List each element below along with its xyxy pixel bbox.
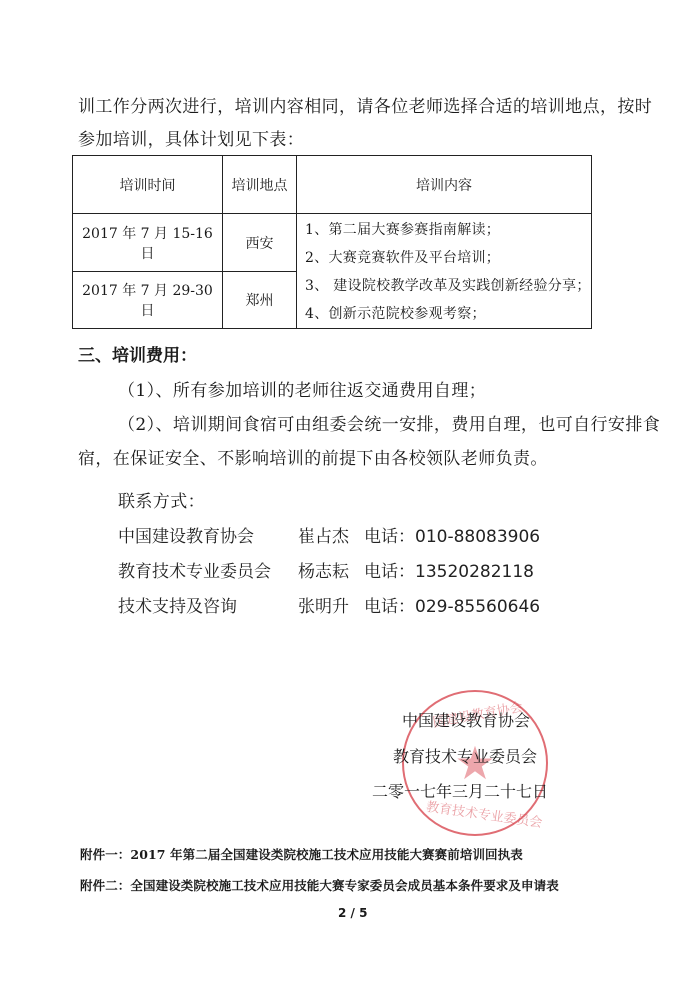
table-header-time: 培训时间 (73, 156, 222, 213)
fee-item-2-line-2: 宿，在保证安全、不影响培训的前提下由各校领队老师负责。 (78, 444, 548, 469)
attachment-1: 附件一：2017 年第二届全国建设类院校施工技术应用技能大赛赛前培训回执表 (80, 845, 523, 863)
contact-phone: 电话：13520282118 (364, 557, 534, 582)
signature-org-1: 中国建设教育协会 (402, 708, 530, 731)
intro-line-2: 参加培训，具体计划见下表： (78, 125, 304, 150)
contact-person: 张明升 (298, 592, 349, 617)
table-cell-content: 1、第二届大赛参赛指南解读； 2、大赛竞赛软件及平台培训； 3、 建设院校教学改… (305, 216, 591, 328)
content-item: 1、第二届大赛参赛指南解读； (305, 216, 591, 244)
content-item: 4、创新示范院校参观考察； (305, 300, 591, 328)
fee-item-1: （1）、所有参加培训的老师往返交通费用自理； (118, 376, 486, 401)
intro-line-1: 训工作分两次进行，培训内容相同，请各位老师选择合适的培训地点，按时 (78, 92, 652, 117)
table-cell-location-2: 郑州 (223, 272, 296, 328)
table-cell-time-1: 2017 年 7 月 15-16 日 (73, 214, 222, 271)
attachment-2: 附件二：全国建设类院校施工技术应用技能大赛专家委员会成员基本条件要求及申请表 (80, 876, 559, 894)
contact-phone: 电话：029-85560646 (364, 592, 540, 617)
contact-org: 技术支持及咨询 (118, 592, 237, 617)
contact-phone: 电话：010-88083906 (364, 522, 540, 547)
signature-date: 二零一七年三月二十七日 (372, 779, 548, 802)
contact-org: 教育技术专业委员会 (118, 557, 271, 582)
page-number: 2 / 5 (338, 906, 367, 920)
training-schedule-table: 培训时间 培训地点 培训内容 2017 年 7 月 15-16 日 西安 201… (72, 155, 592, 329)
table-header-location: 培训地点 (223, 156, 296, 213)
contact-org: 中国建设教育协会 (118, 522, 254, 547)
table-header-content: 培训内容 (297, 156, 591, 213)
contact-person: 崔占杰 (298, 522, 349, 547)
fee-item-2-line-1: （2）、培训期间食宿可由组委会统一安排，费用自理，也可自行安排食 (118, 410, 660, 435)
content-item: 3、 建设院校教学改革及实践创新经验分享； (305, 272, 591, 300)
content-item: 2、大赛竞赛软件及平台培训； (305, 244, 591, 272)
contacts-label: 联系方式： (118, 487, 205, 512)
signature-org-2: 教育技术专业委员会 (393, 744, 537, 767)
table-cell-time-2: 2017 年 7 月 29-30 日 (73, 272, 222, 328)
contact-person: 杨志耘 (298, 557, 349, 582)
table-cell-location-1: 西安 (223, 214, 296, 271)
section-title-fees: 三、培训费用： (78, 341, 197, 366)
